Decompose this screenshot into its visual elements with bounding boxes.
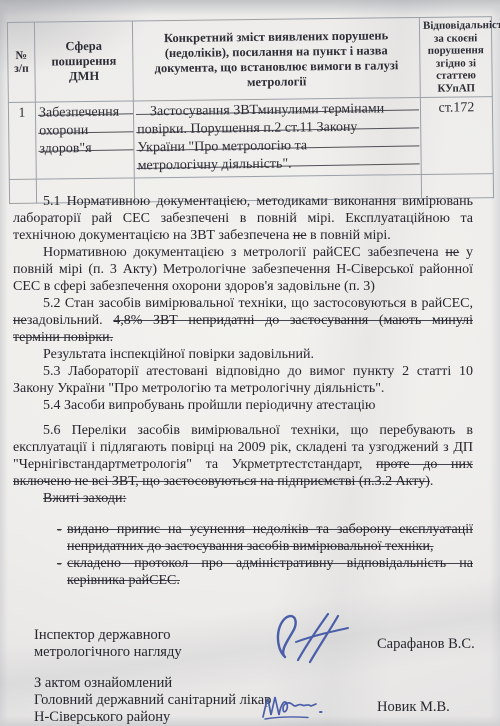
text-run: .: [430, 474, 434, 489]
text-run: Головний державний санітарний лікар: [34, 692, 271, 708]
header-responsibility: Відповідальність за скоєні порушення згі…: [419, 17, 492, 98]
row-content-cell: Застосування ЗВТминулими термінами повір…: [133, 97, 421, 178]
paragraph-5-6: 5.6 Переліки засобів вимірювальної техні…: [13, 422, 473, 490]
list-item: -видано припис на усунення недоліків та …: [13, 521, 473, 555]
measures-list: -видано припис на усунення недоліків та …: [13, 521, 473, 589]
paragraph-5-1a: 5.1 Нормативною документацією, методикам…: [13, 193, 473, 244]
struck-text: Вжиті заходи:: [43, 491, 126, 506]
text-run: 5.4 Засоби випробувань пройшли періодичн…: [43, 398, 375, 413]
struck-text: Забезпечення: [39, 104, 130, 123]
struck-text: охорони: [39, 122, 130, 141]
struck-text: здоров"я: [39, 140, 130, 159]
text-run: З актом ознайомлений: [34, 675, 172, 691]
row-number-cell: 1: [8, 102, 36, 179]
inspector-signature-icon: [268, 606, 356, 666]
text-run: задовільний.: [27, 313, 113, 328]
header-responsibility-line: згідно зі статтею: [436, 57, 476, 82]
paragraph-5-1b: Нормативною документацією з метрології р…: [13, 244, 473, 295]
text-run: 5.1 Нормативною документацією, методикам…: [13, 194, 473, 243]
report-body: 5.1 Нормативною документацією, методикам…: [13, 193, 473, 589]
struck-text: складено протокол про адміністративну ві…: [67, 556, 473, 588]
header-responsibility-line: Відповідальність: [423, 19, 500, 32]
struck-text: не: [13, 313, 27, 328]
violations-table: № з/п Сфера поширення ДМН Конкретний змі…: [7, 16, 494, 204]
paragraph-5-2: 5.2 Стан засобів вимірювальної техніки, …: [13, 295, 473, 346]
header-content: Конкретний зміст виявлених порушень (нед…: [132, 17, 420, 101]
header-num: № з/п: [7, 22, 35, 102]
doctor-name: Новик М.В.: [377, 699, 450, 716]
measures-title: Вжиті заходи:: [13, 490, 473, 507]
doctor-signature-icon: [260, 690, 330, 722]
text-run: 5.3 Лабораторії атестовані відповідно до…: [13, 364, 473, 396]
text-run: Н-Сіверського району: [34, 709, 170, 725]
text-run: Нормативною документацією з метрології р…: [43, 245, 445, 260]
struck-text: видано припис на усунення недоліків та з…: [67, 522, 473, 554]
inspector-role: Інспектор державного метрологічного нагл…: [34, 627, 182, 661]
header-sphere: Сфера поширення ДМН: [34, 21, 133, 102]
text-run: метрологічного нагляду: [34, 644, 182, 660]
struck-text: не: [445, 245, 459, 260]
row-sphere-cell: Забезпечення охорони здоров"я: [35, 101, 134, 179]
paragraph-5-4: 5.4 Засоби випробувань пройшли періодичн…: [13, 397, 473, 414]
list-item: -складено протокол про адміністративну в…: [13, 555, 473, 589]
header-responsibility-line: порушення: [428, 44, 484, 57]
text-run: Інспектор державного: [34, 627, 171, 643]
table-header-row: № з/п Сфера поширення ДМН Конкретний змі…: [7, 17, 492, 103]
bullet-dash: -: [57, 555, 62, 572]
header-responsibility-line: КУпАП: [437, 82, 475, 94]
scanned-document-page: № з/п Сфера поширення ДМН Конкретний змі…: [0, 0, 500, 726]
paragraph-5-2-result: Результата інспекційної повірки задовіль…: [13, 346, 473, 363]
header-responsibility-line: за скоєні: [434, 32, 478, 45]
text-run: 5.2 Стан засобів вимірювальної техніки, …: [43, 296, 473, 311]
row-article-cell: ст.172: [420, 97, 493, 175]
struck-text: не: [293, 228, 307, 243]
inspector-name: Сарафанов В.С.: [377, 636, 475, 653]
bullet-dash: -: [57, 521, 62, 538]
text-run: в повній мірі.: [307, 228, 391, 243]
struck-text: метрологічну діяльність".: [138, 154, 418, 175]
paragraph-5-3: 5.3 Лабораторії атестовані відповідно до…: [13, 363, 473, 397]
doctor-block: З актом ознайомлений Головний державний …: [34, 675, 271, 726]
table-row: 1 Забезпечення охорони здоров"я Застосув…: [8, 97, 493, 180]
text-run: Результата інспекційної повірки задовіль…: [43, 347, 314, 362]
